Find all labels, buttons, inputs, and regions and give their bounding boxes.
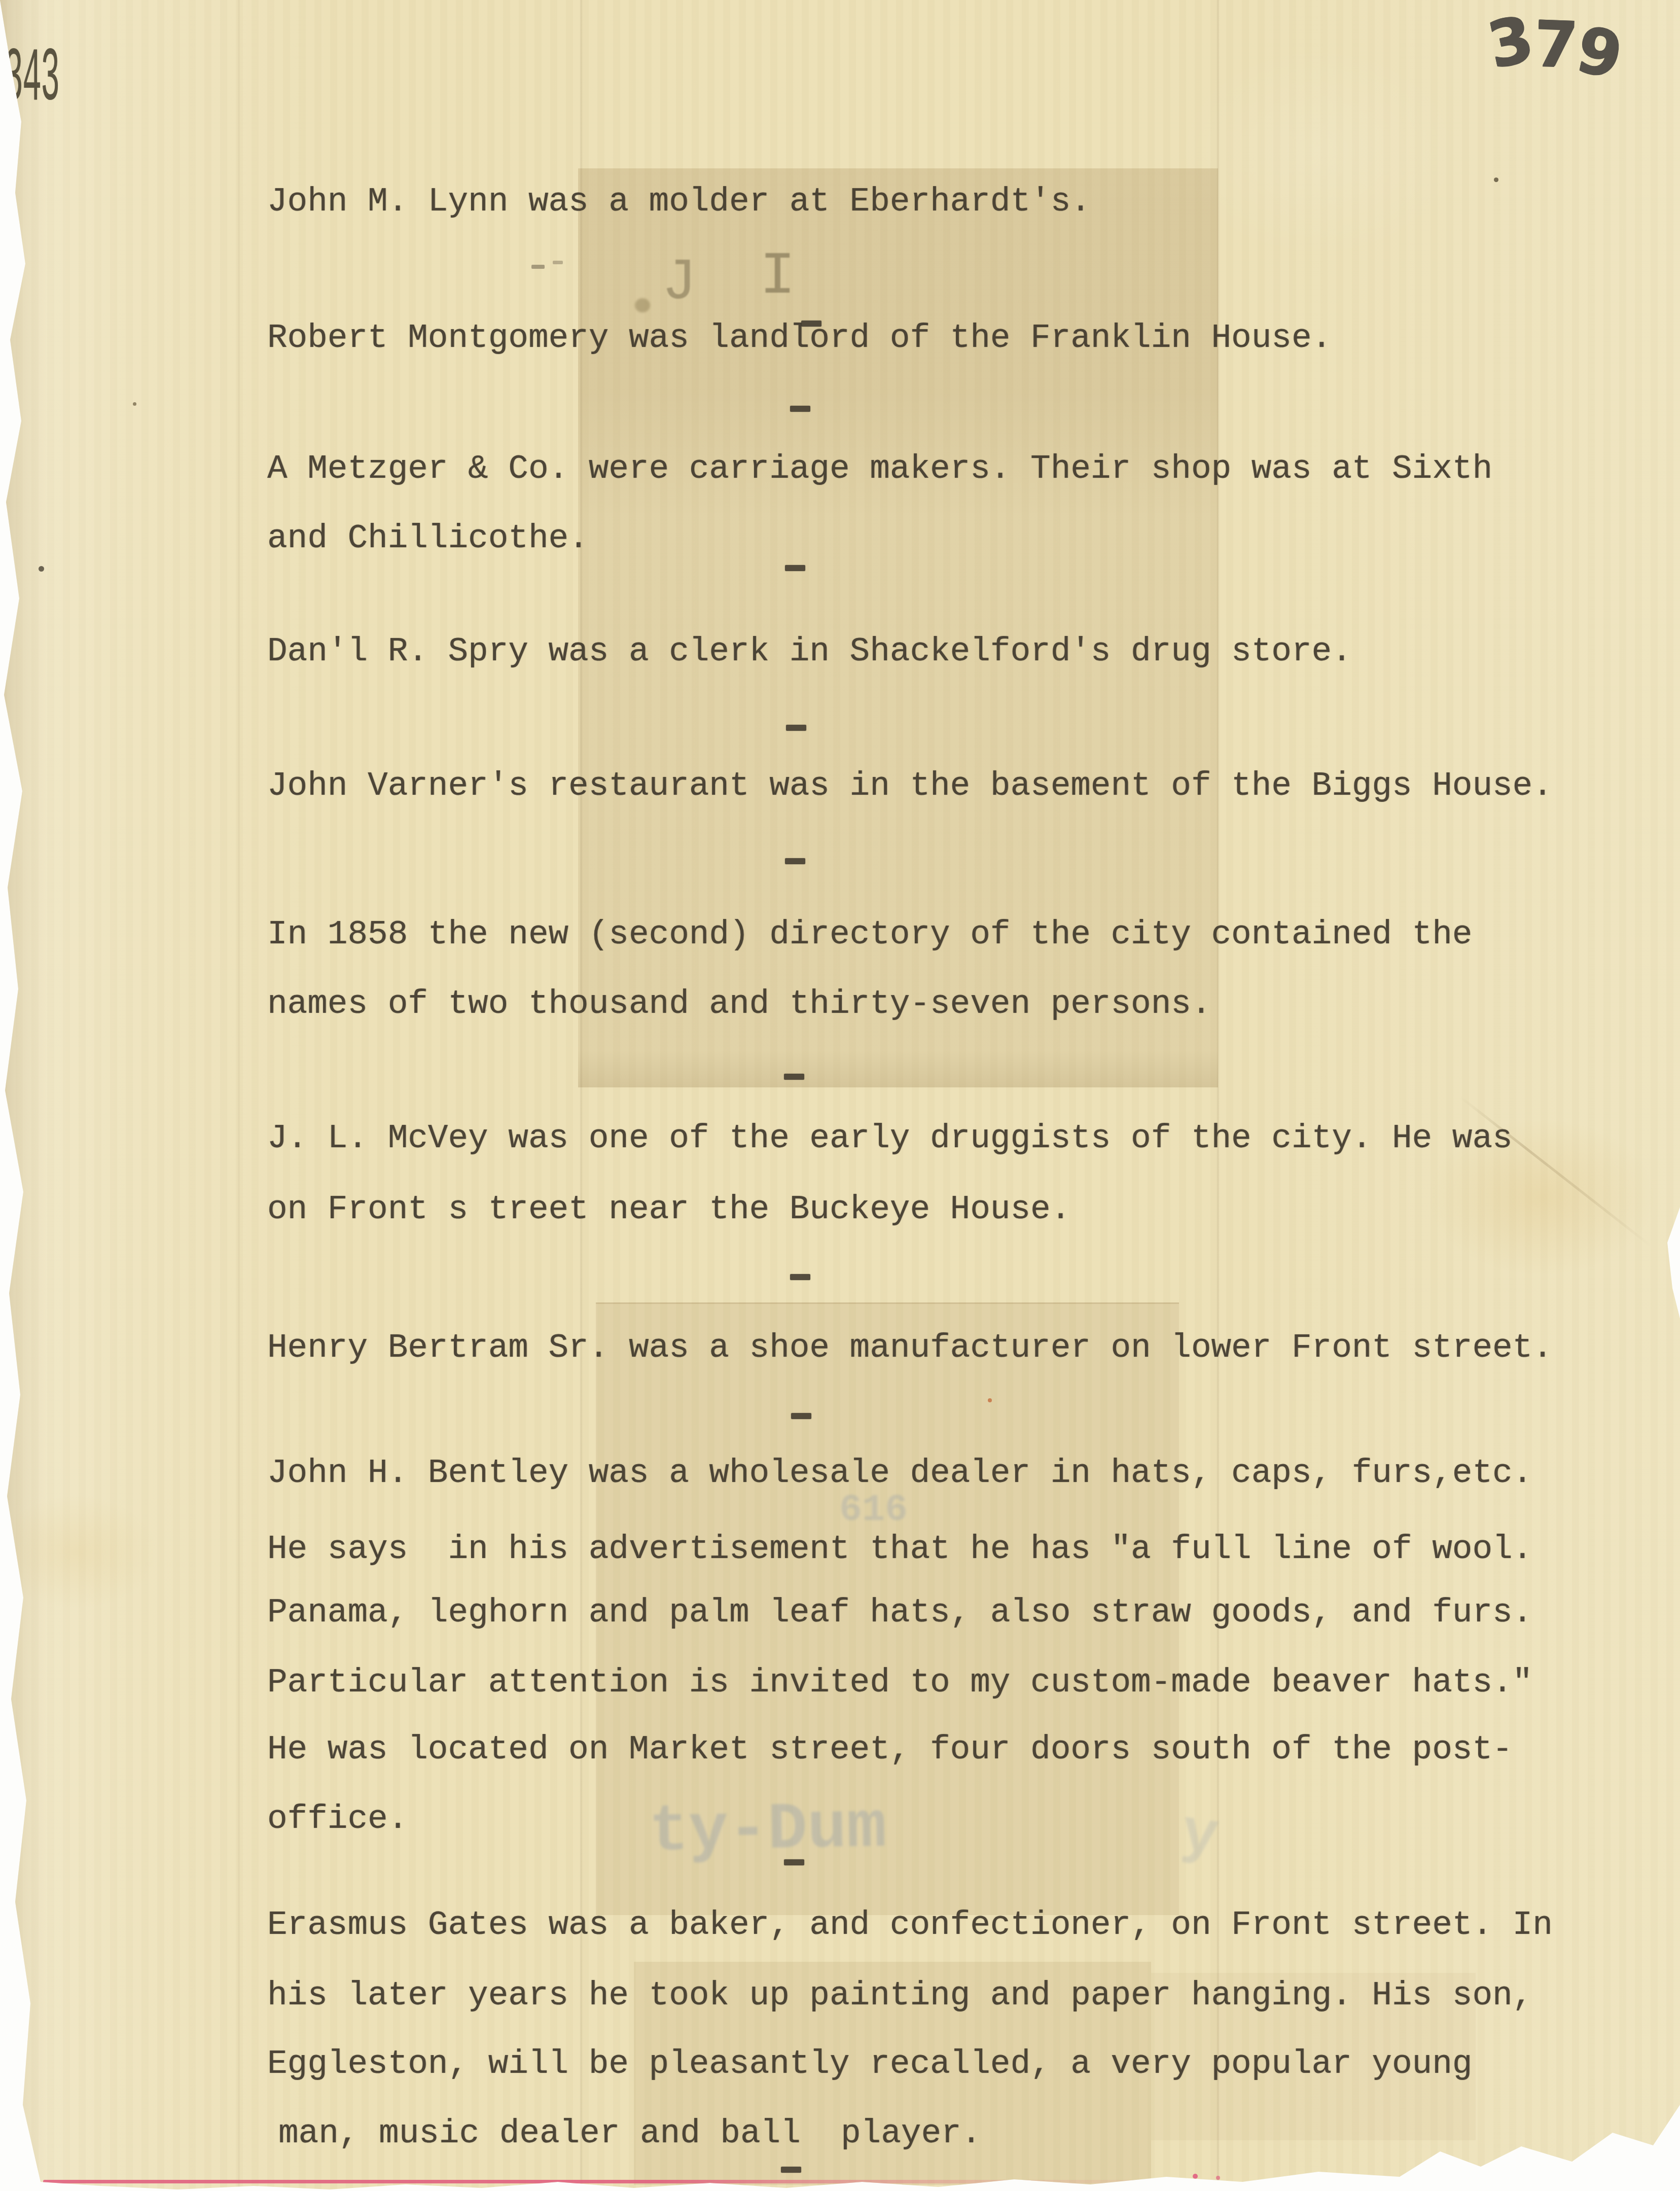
typewritten-line: Robert Montgomery was landlord of the Fr… <box>267 322 1332 355</box>
scanned-document-page: 343 379 John M. Lynn was a molder at Ebe… <box>0 0 1680 2191</box>
paper-speck <box>39 566 44 572</box>
paper-speck <box>988 1398 992 1402</box>
typewritten-line: names of two thousand and thirty-seven p… <box>267 987 1211 1021</box>
separator-dash <box>786 725 806 731</box>
typewritten-line: Dan'l R. Spry was a clerk in Shackelford… <box>267 635 1352 668</box>
separator-dash <box>801 321 821 327</box>
typewritten-line: Erasmus Gates was a baker, and confectio… <box>267 1909 1553 1942</box>
typewritten-line: office. <box>267 1803 408 1836</box>
typewritten-line: Panama, leghorn and palm leaf hats, also… <box>267 1596 1532 1630</box>
typewritten-line: Henry Bertram Sr. was a shoe manufacture… <box>267 1331 1553 1365</box>
handwritten-page-number: 379 <box>1487 7 1627 74</box>
ghost-character-mark: J <box>662 254 697 312</box>
typewritten-line: Eggleston, will be pleasantly recalled, … <box>267 2047 1472 2081</box>
ghost-dash-mark <box>553 261 563 264</box>
typewritten-line: Particular attention is invited to my cu… <box>267 1666 1532 1700</box>
paper-speck <box>1494 178 1498 182</box>
separator-dash <box>781 2167 801 2173</box>
ghost-dash-mark <box>531 265 545 269</box>
separator-dash <box>790 1274 810 1280</box>
bleedthrough-text: ty-Dum <box>649 1796 887 1866</box>
typewritten-line: He was located on Market street, four do… <box>267 1733 1513 1766</box>
ghost-dot-mark <box>635 298 650 312</box>
paper-speck <box>1216 2176 1220 2180</box>
separator-dash <box>790 406 810 412</box>
typewritten-line: He says in his advertisement that he has… <box>267 1533 1532 1566</box>
torn-left-edge-shading <box>0 0 48 2191</box>
paper-sheet: 343 379 John M. Lynn was a molder at Ebe… <box>0 0 1680 2191</box>
separator-dash <box>784 1074 804 1080</box>
separator-dash <box>785 565 805 571</box>
diagonal-crease <box>1459 1095 1652 1247</box>
ghost-character-mark: I <box>760 248 796 307</box>
typewritten-line: John M. Lynn was a molder at Eberhardt's… <box>267 185 1091 219</box>
typewritten-line: John H. Bentley was a wholesale dealer i… <box>267 1457 1532 1490</box>
separator-dash <box>785 858 805 864</box>
bottom-edge-pink-line <box>43 2180 1230 2183</box>
typewritten-line: In 1858 the new (second) directory of th… <box>267 918 1472 951</box>
handwritten-digit: 3 <box>1482 7 1540 78</box>
paper-speck <box>1193 2174 1198 2179</box>
typewritten-line: A Metzger & Co. were carriage makers. Th… <box>267 452 1492 486</box>
bleedthrough-text: y <box>1177 1804 1222 1869</box>
typewritten-line: man, music dealer and ball player. <box>278 2117 981 2150</box>
vertical-fold-crease <box>237 0 240 2191</box>
typewritten-line: John Varner's restaurant was in the base… <box>267 769 1553 803</box>
typewritten-line: on Front s treet near the Buckeye House. <box>267 1193 1070 1226</box>
typed-page-number: 343 <box>4 42 59 118</box>
typewritten-line: J. L. McVey was one of the early druggis… <box>267 1122 1513 1155</box>
typewritten-line: his later years he took up painting and … <box>267 1979 1532 2012</box>
separator-dash <box>791 1413 811 1419</box>
paper-speck <box>133 402 136 406</box>
bleedthrough-text: 616 <box>839 1491 908 1529</box>
typewritten-line: and Chillicothe. <box>267 522 589 555</box>
